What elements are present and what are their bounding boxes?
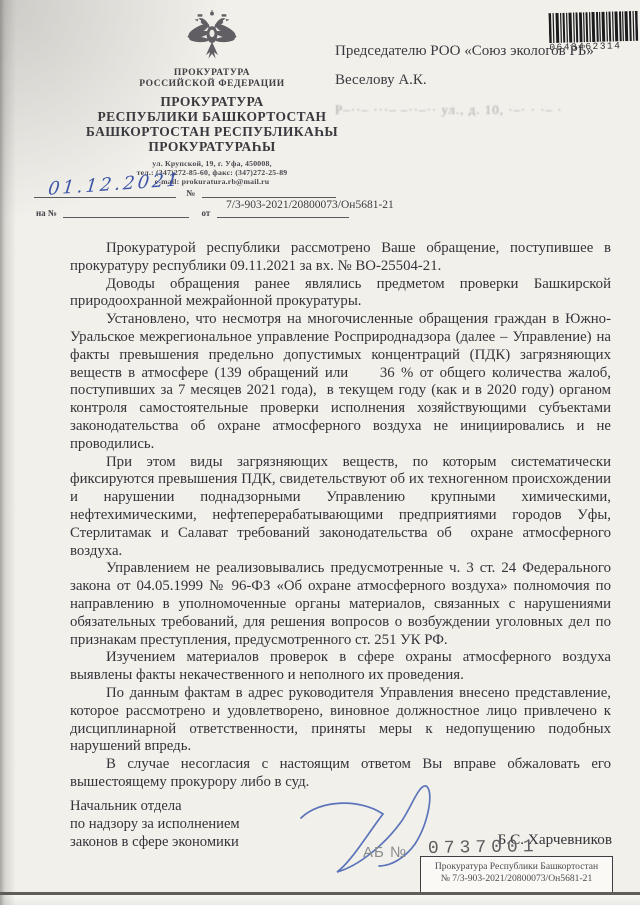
addressee-name: Веселову А.К. [335, 72, 635, 89]
outgoing-number: 7/3-903-2021/20800073/Он5681-21 [226, 199, 394, 211]
signer-position-line3: законов в сфере экономики [70, 833, 240, 851]
paragraph: Изучением материалов проверок в сфере ох… [70, 649, 611, 685]
barcode-bars-icon [548, 11, 638, 43]
stamp-reg-number: № 7/3-903-2021/20800073/Он5681-21 [421, 873, 612, 885]
blank-series-label: АБ № [363, 844, 407, 861]
incoming-label: на № [36, 208, 57, 218]
scanner-background [0, 895, 640, 905]
org-street-address: ул. Крупской, 19, г. Уфа, 450008, [28, 159, 396, 168]
number-blank-line [202, 186, 336, 198]
signer-position-line1: Начальник отдела [70, 797, 240, 815]
from-label: от [201, 208, 210, 218]
signer-position: Начальник отдела по надзору за исполнени… [70, 797, 240, 851]
paragraph: По данным фактам в адрес руководителя Уп… [70, 685, 611, 756]
paragraph: Прокуратурой республики рассмотрено Ваше… [70, 240, 611, 276]
org-line3: БАШКОРТОСТАН РЕСПУБЛИКАҺЫ [28, 124, 396, 139]
paragraph: Установлено, что несмотря на многочислен… [70, 311, 611, 453]
addressee-block: Председателю РОО «Союз экологов РБ» Весе… [335, 42, 635, 118]
letter-body: Прокуратурой республики рассмотрено Ваше… [70, 240, 611, 792]
registration-stamp: Прокуратура Республики Башкортостан № 7/… [420, 856, 613, 893]
addressee-title: Председателю РОО «Союз экологов РБ» [335, 42, 635, 60]
paragraph: Управлением не реализовывались предусмот… [70, 560, 611, 649]
addressee-address-redacted: Р–··– ···– –··–·· ул., д. 10, ·–· · ·– · [335, 102, 635, 118]
number-label: № [186, 188, 195, 198]
scanned-letter-page: ПРОКУРАТУРА РОССИЙСКОЙ ФЕДЕРАЦИИ ПРОКУРА… [0, 0, 640, 905]
coat-of-arms-icon [182, 8, 242, 66]
stamp-org-name: Прокуратура Республики Башкортостан [421, 861, 612, 873]
paragraph: При этом виды загрязняющих веществ, по к… [70, 454, 611, 561]
paragraph: Доводы обращения ранее являлись предмето… [70, 276, 611, 312]
org-line4: ПРОКУРАТУРАҺЫ [28, 139, 396, 154]
incoming-blank-line [63, 206, 189, 218]
signer-position-line2: по надзору за исполнением [70, 815, 240, 833]
